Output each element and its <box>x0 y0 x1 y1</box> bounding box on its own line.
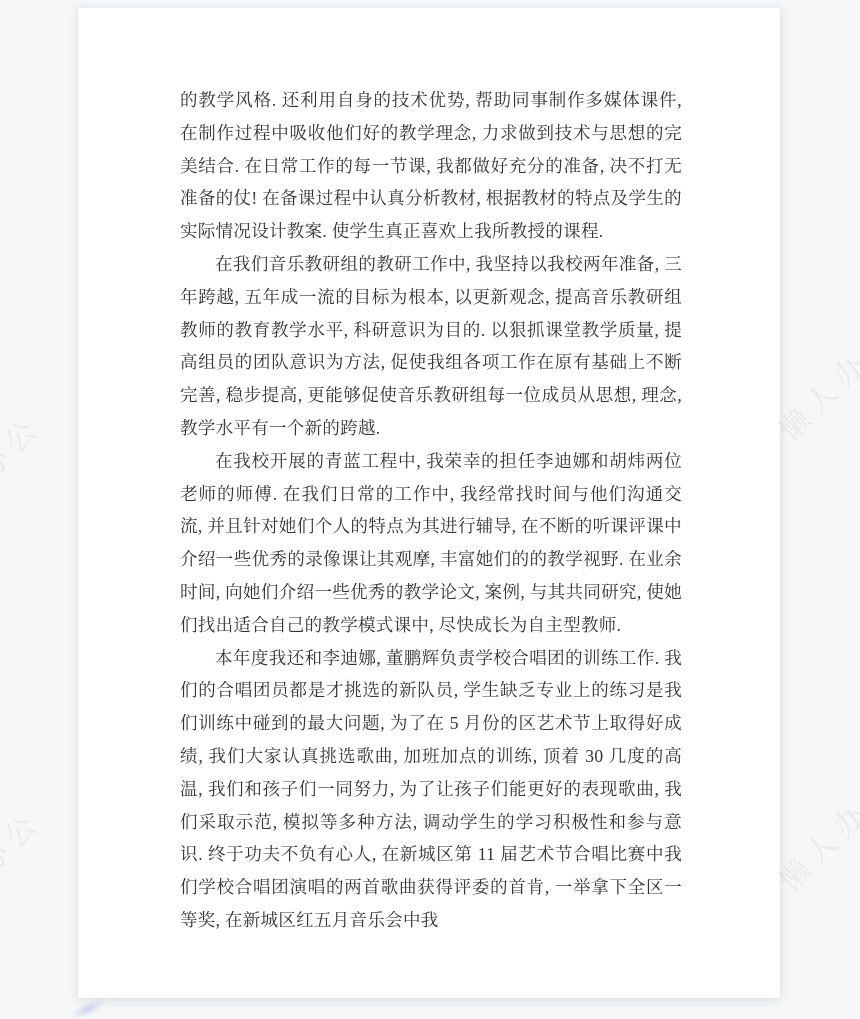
paragraph: 在我校开展的青蓝工程中, 我荣幸的担任李迪娜和胡炜两位老师的师傅. 在我们日常的… <box>180 445 682 642</box>
paragraph: 的教学风格. 还利用自身的技术优势, 帮助同事制作多媒体课件, 在制作过程中吸收… <box>180 84 682 248</box>
watermark-text: 懒人办公 <box>767 761 860 900</box>
watermark-text: 懒人办公 <box>0 798 50 937</box>
paragraph: 在我们音乐教研组的教研工作中, 我坚持以我校两年准备, 三年跨越, 五年成一流的… <box>180 248 682 445</box>
document-page-text: 的教学风格. 还利用自身的技术优势, 帮助同事制作多媒体课件, 在制作过程中吸收… <box>180 84 682 937</box>
watermark-text: 懒人办公 <box>767 311 860 450</box>
document-page: 的教学风格. 还利用自身的技术优势, 帮助同事制作多媒体课件, 在制作过程中吸收… <box>78 8 780 998</box>
watermark-text: 懒人办公 <box>0 403 50 542</box>
document-viewer: 懒人办公 懒人办公 懒人办公 懒人办公 懒人办公 懒人办公 懒人办公 的教学风格… <box>0 0 860 1019</box>
paragraph: 本年度我还和李迪娜, 董鹏辉负责学校合唱团的训练工作. 我们的合唱团员都是才挑选… <box>180 642 682 937</box>
